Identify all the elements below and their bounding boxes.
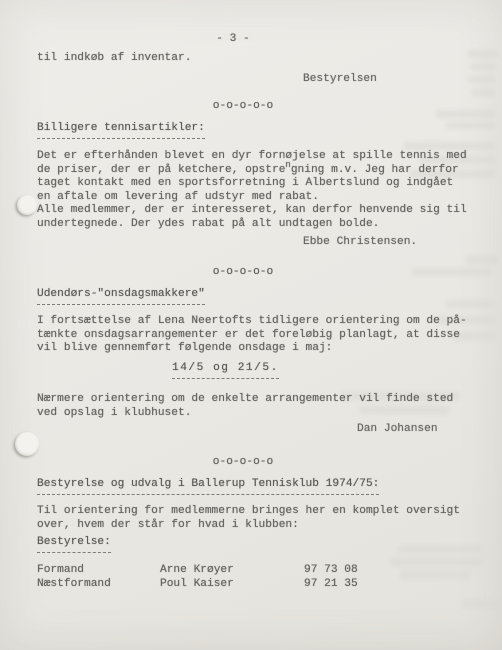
heading-text: Udendørs-"onsdagsmakkere": [37, 288, 205, 305]
paragraph-line: Alle medlemmer, der er interesseret, kan…: [37, 204, 467, 218]
bleed-through-mark: [468, 50, 498, 58]
signature-bestyrelsen: Bestyrelsen: [303, 73, 377, 87]
document-page: - 3 - til indkøb af inventar. Bestyrelse…: [0, 0, 502, 650]
page-number: - 3 -: [0, 33, 484, 47]
separator: o-o-o-o-o: [0, 100, 494, 114]
dates-line: 14/5 og 21/5.: [172, 362, 279, 379]
paragraph-line: Det er efterhånden blevet en dyr fornøje…: [37, 150, 467, 164]
bleed-through-mark: [446, 122, 496, 129]
bleed-through-mark: [398, 545, 482, 553]
bleed-through-mark: [462, 600, 498, 608]
bleed-through-mark: [468, 76, 496, 83]
bleed-through-mark: [400, 571, 470, 579]
bleed-through-mark: [390, 558, 482, 566]
section-heading-bestyrelse-udvalg: Bestyrelse og udvalg i Ballerup Tenniskl…: [37, 478, 379, 495]
subheading-bestyrelse: Bestyrelse:: [37, 536, 111, 553]
phone-cell: 97 73 08: [304, 564, 358, 578]
paragraph-board: Til orientering for medlemmerne bringes …: [37, 505, 460, 532]
bleed-through-mark: [446, 300, 496, 308]
paragraph-tennis: Det er efterhånden blevet en dyr fornøje…: [37, 150, 467, 231]
paragraph-line: de priser, der er på ketchere, opstrengn…: [37, 164, 467, 178]
intro-line: til indkøb af inventar.: [37, 52, 191, 66]
paragraph-onsdag: I fortsættelse af Lena Neertofts tidlige…: [37, 315, 467, 356]
hole-punch: [15, 432, 39, 456]
role-cell: Formand: [37, 564, 84, 578]
paragraph-line: Nærmere orientering om de enkelte arrang…: [37, 393, 453, 407]
separator: o-o-o-o-o: [0, 456, 494, 470]
heading-text: Bestyrelse og udvalg i Ballerup Tenniskl…: [37, 478, 379, 495]
hole-punch: [17, 195, 37, 215]
signature-dan-johansen: Dan Johansen: [357, 423, 438, 437]
paragraph-line: en aftale om levering af udstyr med raba…: [37, 191, 467, 205]
heading-text: Billigere tennisartikler:: [37, 122, 205, 139]
paragraph-line: Til orientering for medlemmerne bringes …: [37, 505, 460, 519]
role-cell: Næstformand: [37, 578, 111, 592]
bleed-through-mark: [470, 63, 496, 70]
name-cell: Arne Krøyer: [160, 564, 234, 578]
paragraph-line: taget kontakt med en sportsforretning i …: [37, 177, 467, 191]
section-heading-onsdagsmakkere: Udendørs-"onsdagsmakkere": [37, 288, 205, 305]
bleed-through-mark: [471, 89, 495, 96]
name-cell: Poul Kaiser: [160, 578, 234, 592]
paragraph-line: ved opslag i klubhuset.: [37, 407, 453, 421]
bleed-through-mark: [404, 142, 496, 150]
typed-correction: n: [285, 160, 290, 170]
phone-cell: 97 21 35: [304, 578, 358, 592]
paragraph-line: undertegnede. Der ydes rabat på alt undt…: [37, 218, 467, 232]
section-heading-tennisartikler: Billigere tennisartikler:: [37, 122, 205, 139]
paragraph-onsdag-2: Nærmere orientering om de enkelte arrang…: [37, 393, 453, 420]
paragraph-line: over, hvem der står for hvad i klubben:: [37, 519, 460, 533]
signature-ebbe-christensen: Ebbe Christensen.: [303, 236, 417, 250]
paragraph-line: I fortsættelse af Lena Neertofts tidlige…: [37, 315, 467, 329]
separator: o-o-o-o-o: [0, 266, 494, 280]
bleed-through-mark: [466, 256, 498, 264]
paragraph-line: tænkte onsdagsarrangementer er det forel…: [37, 329, 467, 343]
paragraph-line: vil blive gennemført følgende onsdage i …: [37, 342, 467, 356]
